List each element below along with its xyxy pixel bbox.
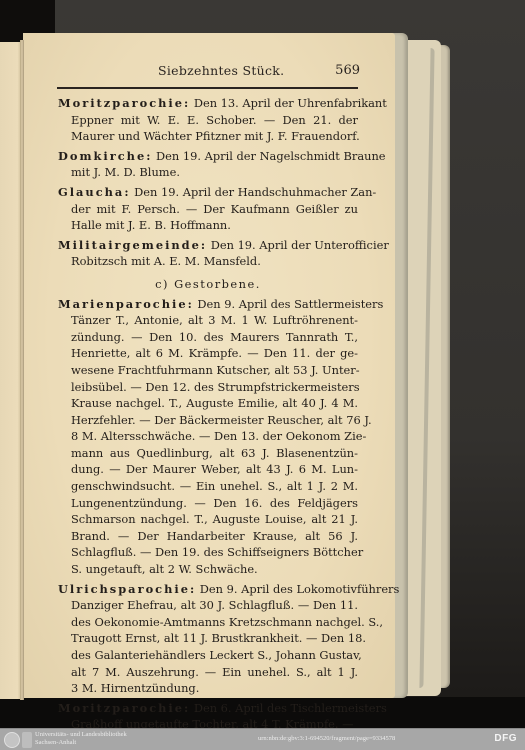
parish-label: Militairgemeinde: <box>58 238 207 252</box>
urn-link[interactable]: urn:nbn:de:gbv:3:1-694520/fragment/page=… <box>258 735 395 742</box>
entry-marienparochie-deaths: Marienparochie: Den 9. April des Sattler… <box>58 296 358 578</box>
entry-militairgemeinde-marriages: Militairgemeinde: Den 19. April der Unte… <box>58 237 358 270</box>
library-crest-icon <box>22 732 32 748</box>
running-title: Siebzehntes Stück. <box>158 63 284 78</box>
section-heading: c) Gestorbene. <box>58 276 358 293</box>
header-rule <box>57 87 358 89</box>
parish-label: Ulrichsparochie: <box>58 582 196 596</box>
page-body: Moritzparochie: Den 13. April der Uhrenf… <box>58 95 358 733</box>
parish-label: Moritzparochie: <box>58 701 190 715</box>
library-name: Universitäts- und Landesbibliothek Sachs… <box>35 731 127 747</box>
entry-glaucha-marriages: Glaucha: Den 19. April der Handschuhmach… <box>58 184 358 234</box>
entry-domkirche-marriages: Domkirche: Den 19. April der Nagelschmid… <box>58 148 358 181</box>
page-number: 569 <box>335 63 360 78</box>
parish-label: Moritzparochie: <box>58 96 190 110</box>
page-header: Siebzehntes Stück. 569 <box>135 63 360 83</box>
entry-moritzparochie-marriages: Moritzparochie: Den 13. April der Uhrenf… <box>58 95 358 145</box>
parish-label: Glaucha: <box>58 185 131 199</box>
library-seal-icon <box>4 732 20 748</box>
footer-bar: Universitäts- und Landesbibliothek Sachs… <box>0 728 525 750</box>
parish-label: Domkirche: <box>58 149 152 163</box>
book-gutter <box>20 40 24 700</box>
entry-ulrichsparochie-deaths: Ulrichsparochie: Den 9. April des Lokomo… <box>58 581 358 697</box>
parish-label: Marienparochie: <box>58 297 194 311</box>
dfg-logo: DFG <box>494 733 517 744</box>
facing-page-sliver <box>0 42 22 699</box>
